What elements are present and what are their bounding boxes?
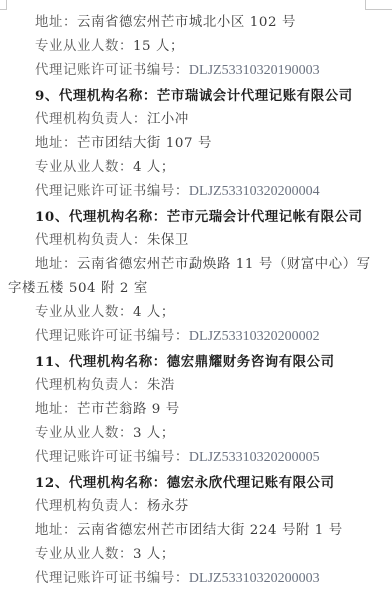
agency-heading: 9、代理机构名称：芒市瑞诚会计代理记账有限公司 — [0, 84, 392, 108]
field-label: 代理记账许可证书编号： — [35, 571, 189, 586]
field-value: 芒市芒翁路 9 号 — [77, 402, 180, 417]
field-label: 专业从业人数： — [35, 160, 133, 175]
agency-head-line: 代理机构负责人：朱浩 — [0, 374, 392, 398]
staff-count-line: 专业从业人数：15 人； — [0, 35, 392, 59]
field-value: 云南省德宏州芒市团结大街 224 号附 1 号 — [77, 523, 343, 538]
staff-count-line: 专业从业人数：3 人； — [0, 543, 392, 567]
field-value: 朱保卫 — [147, 233, 189, 248]
field-value: 朱浩 — [147, 378, 175, 393]
field-label: 代理记账许可证书编号： — [35, 63, 189, 78]
field-label: 专业从业人数： — [35, 426, 133, 441]
field-value: 4 人； — [133, 160, 175, 175]
license-line: 代理记账许可证书编号：DLJZ53310320190003 — [0, 59, 392, 83]
heading-label: 11、代理机构名称： — [35, 354, 167, 370]
field-label: 代理机构负责人： — [35, 378, 147, 393]
staff-count-line: 专业从业人数：4 人； — [0, 301, 392, 325]
license-number: DLJZ53310320190003 — [189, 63, 320, 78]
license-number: DLJZ53310320200002 — [189, 329, 320, 344]
field-label: 地址： — [35, 15, 77, 30]
field-label: 专业从业人数： — [35, 547, 133, 562]
field-value: 3 人； — [133, 426, 175, 441]
agency-heading: 11、代理机构名称：德宏鼎耀财务咨询有限公司 — [0, 350, 392, 374]
page-crop-mark-left — [0, 0, 7, 10]
field-value: 15 人； — [133, 39, 184, 54]
field-value: 4 人； — [133, 305, 175, 320]
field-label: 代理机构负责人： — [35, 112, 147, 127]
field-value: 杨永芬 — [147, 499, 189, 514]
field-value: 3 人； — [133, 547, 175, 562]
staff-count-line: 专业从业人数：4 人； — [0, 156, 392, 180]
agency-name: 德宏鼎耀财务咨询有限公司 — [167, 354, 335, 370]
field-value: 云南省德宏州芒市勐焕路 11 号（财富中心）写 — [77, 257, 371, 272]
field-value: 芒市团结大街 107 号 — [77, 136, 212, 151]
field-label: 地址： — [35, 136, 77, 151]
field-label: 代理记账许可证书编号： — [35, 450, 189, 465]
address-line: 地址：云南省德宏州芒市城北小区 102 号 — [0, 11, 392, 35]
field-label: 地址： — [35, 257, 77, 272]
agency-name: 芒市元瑞会计代理记帐有限公司 — [167, 209, 363, 225]
field-label: 代理机构负责人： — [35, 233, 147, 248]
agency-heading: 10、代理机构名称：芒市元瑞会计代理记帐有限公司 — [0, 205, 392, 229]
field-label: 代理记账许可证书编号： — [35, 329, 189, 344]
address-line: 地址：云南省德宏州芒市团结大街 224 号附 1 号 — [0, 519, 392, 543]
agency-name: 德宏永欣代理记账有限公司 — [167, 475, 335, 491]
license-line: 代理记账许可证书编号：DLJZ53310320200005 — [0, 446, 392, 470]
license-number: DLJZ53310320200005 — [189, 450, 320, 465]
document-body: 地址：云南省德宏州芒市城北小区 102 号 专业从业人数：15 人； 代理记账许… — [0, 11, 392, 592]
page-crop-mark-right — [365, 0, 392, 10]
license-line: 代理记账许可证书编号：DLJZ53310320200002 — [0, 325, 392, 349]
address-line: 地址：芒市团结大街 107 号 — [0, 132, 392, 156]
field-label: 地址： — [35, 402, 77, 417]
staff-count-line: 专业从业人数：3 人； — [0, 422, 392, 446]
license-line: 代理记账许可证书编号：DLJZ53310320200004 — [0, 180, 392, 204]
field-label: 专业从业人数： — [35, 305, 133, 320]
agency-head-line: 代理机构负责人：杨永芬 — [0, 495, 392, 519]
license-number: DLJZ53310320200003 — [189, 571, 320, 586]
heading-label: 9、代理机构名称： — [35, 88, 157, 104]
agency-head-line: 代理机构负责人：江小冲 — [0, 108, 392, 132]
address-line: 地址：芒市芒翁路 9 号 — [0, 398, 392, 422]
field-label: 地址： — [35, 523, 77, 538]
address-continuation-line: 字楼五楼 504 附 2 室 — [0, 277, 392, 301]
heading-label: 10、代理机构名称： — [35, 209, 167, 225]
license-line: 代理记账许可证书编号：DLJZ53310320200003 — [0, 567, 392, 591]
field-value: 江小冲 — [147, 112, 189, 127]
field-label: 专业从业人数： — [35, 39, 133, 54]
heading-label: 12、代理机构名称： — [35, 475, 167, 491]
agency-name: 芒市瑞诚会计代理记账有限公司 — [157, 88, 353, 104]
license-number: DLJZ53310320200004 — [189, 184, 320, 199]
agency-head-line: 代理机构负责人：朱保卫 — [0, 229, 392, 253]
address-line: 地址：云南省德宏州芒市勐焕路 11 号（财富中心）写 — [0, 253, 392, 277]
field-value: 字楼五楼 504 附 2 室 — [8, 281, 148, 296]
field-value: 云南省德宏州芒市城北小区 102 号 — [77, 15, 296, 30]
field-label: 代理记账许可证书编号： — [35, 184, 189, 199]
agency-heading: 12、代理机构名称：德宏永欣代理记账有限公司 — [0, 471, 392, 495]
field-label: 代理机构负责人： — [35, 499, 147, 514]
